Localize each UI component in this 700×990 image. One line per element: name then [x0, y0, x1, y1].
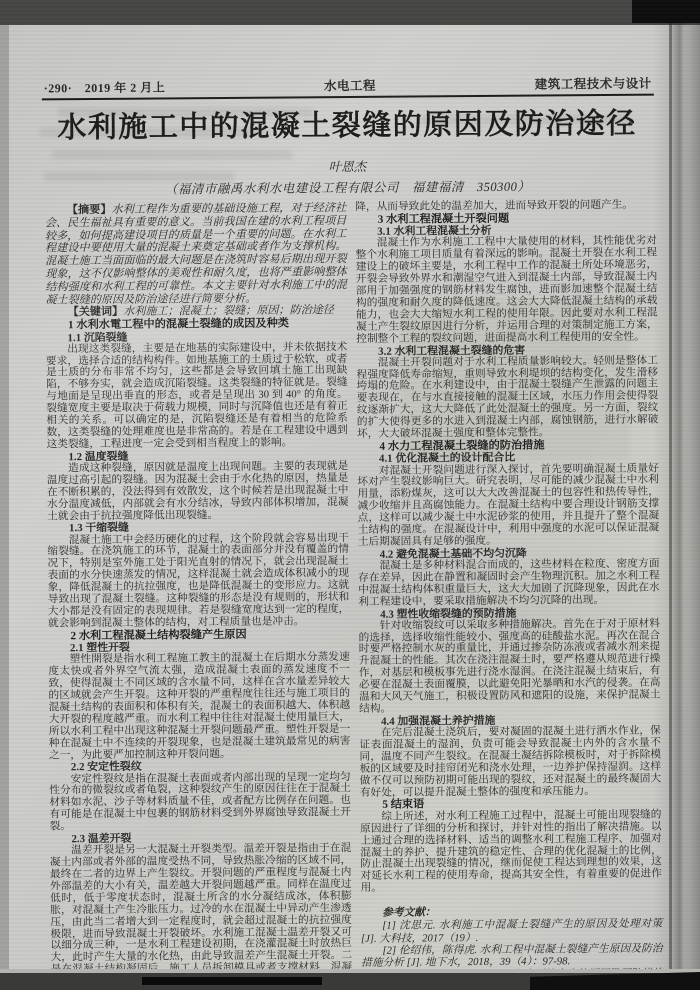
page-number-and-date: ·290· 2019 年 2 月上: [44, 78, 166, 96]
scan-bottom-black-bar: [142, 977, 322, 985]
scan-top-right-corner: [632, 0, 700, 23]
two-column-body: 【摘要】水利工程作为重要的基础设施工程，对于经济社会、民生福祉具有重要的意义。当…: [45, 200, 663, 990]
right-column: 降，从而导致此处的温差加大，进而导致开裂的问题产生。3 水利工程混凝土开裂问题3…: [355, 200, 663, 990]
keywords-text: 水利施工；混凝土；裂缝；原因；防治途径: [123, 304, 334, 318]
abstract-label: 【摘要】: [67, 204, 112, 216]
journal-name: 水电工程: [324, 76, 376, 94]
body-paragraph: 塑性開裂是指水利工程施工教主的混凝土在后期水分蒸发速度太快或者外界空气流太强，造…: [48, 652, 350, 762]
abstract-paragraph: 【摘要】水利工程作为重要的基础设施工程，对于经济社会、民生福祉具有重要的意义。当…: [45, 202, 347, 307]
reference-item: [2] 伦绍伟，陈得虎. 水利工程中混凝土裂缝产生原因及防治措施分析 [J]. …: [361, 942, 663, 969]
body-paragraph: 针对收缩裂纹可以采取多种措施解决。首先在于对于原材料的选择，选择收缩性能较小、强…: [358, 618, 660, 716]
page-content: ·290· 2019 年 2 月上 水电工程 建筑工程技术与设计 水利施工中的混…: [0, 21, 700, 976]
body-paragraph: 混凝土作为水利施工工程中大量使用的材料，其性能优劣对整个水利施工项目质量有着深远…: [355, 236, 657, 346]
article-title: 水利施工中的混凝土裂缝的原因及防治途径: [0, 100, 697, 146]
running-header: ·290· 2019 年 2 月上 水电工程 建筑工程技术与设计: [44, 74, 652, 97]
continued-paragraph: 降，从而导致此处的温差加大，进而导致开裂的问题产生。: [355, 200, 657, 214]
body-paragraph: 在完后混凝土浇筑后，要对凝固的混凝土进行洒水作业，保证表面混凝土的湿润，负责可能…: [359, 726, 661, 800]
body-paragraph: 造成这种裂缝，原因就是温度上出现问题。主要的表现就是温度过高引起的裂缝。因为混凝…: [47, 461, 349, 523]
abstract-text: 水利工程作为重要的基础设施工程，对于经济社会、民生福祉具有重要的意义。当前我国在…: [45, 202, 347, 306]
author-affiliation: （福清市融禹水利水电建设工程有限公司 福建福清 350300）: [0, 175, 698, 198]
body-paragraph: 安定性裂纹是指在混凝土表面或者内部出现的呈现一定均匀性分布的微裂纹或者龟裂，这种…: [49, 772, 351, 834]
left-column-blocks: 1 水利水電工程中的混凝土裂缝的成因及种类1.1 沉陷裂缝出现这类裂缝，主要是在…: [46, 317, 353, 988]
reference-item: [1] 沈思元. 水利施工中混凝土裂缝产生的原因及处理对策 [J]. 大科技，2…: [361, 918, 663, 945]
scanned-journal-page: { "colors":{"paper":"#cccccA","ink":"#28…: [0, 0, 700, 990]
body-paragraph: 混凝土是多种材料混合而成的，这些材料在粒度、密度方面存在差异，因此在静置和凝固时…: [358, 559, 660, 609]
body-paragraph: 出现这类裂缝，主要是在地基的实际建设中，并未依据技术要求，选择合适的结构构件。如…: [46, 342, 348, 452]
right-column-blocks: 降，从而导致此处的温差加大，进而导致开裂的问题产生。3 水利工程混凝土开裂问题3…: [355, 200, 663, 990]
body-paragraph: 混凝土施工中会经历硬化的过程，这个阶段就会容易出现干缩裂缝。在浇筑施工的环节，混…: [47, 533, 349, 631]
page-edge-line: [669, 23, 672, 975]
journal-section: 建筑工程技术与设计: [535, 74, 652, 93]
body-paragraph: 综上所述，对水利工程施工过程中，混凝土可能出现裂缝的原因进行了详细的分析和探讨，…: [360, 809, 662, 895]
keywords-label: 【关键词】: [68, 306, 124, 318]
body-paragraph: 混凝土开裂问题对于水利工程质量影响较大。轻则是整体工程强度降低寿命缩短，重则导致…: [356, 355, 658, 441]
left-column: 【摘要】水利工程作为重要的基础设施工程，对于经济社会、民生福祉具有重要的意义。当…: [45, 202, 353, 990]
body-paragraph: 温差开裂是另一大混凝土开裂类型。温差开裂是指由于在混凝土内部或者外部的温度受热不…: [50, 843, 353, 988]
body-paragraph: 对混凝土开裂问题进行深入探讨，首先要明确混凝土质量好坏对产生裂纹影响巨大。研究表…: [357, 463, 659, 549]
author-name: 叶恩杰: [0, 154, 697, 177]
